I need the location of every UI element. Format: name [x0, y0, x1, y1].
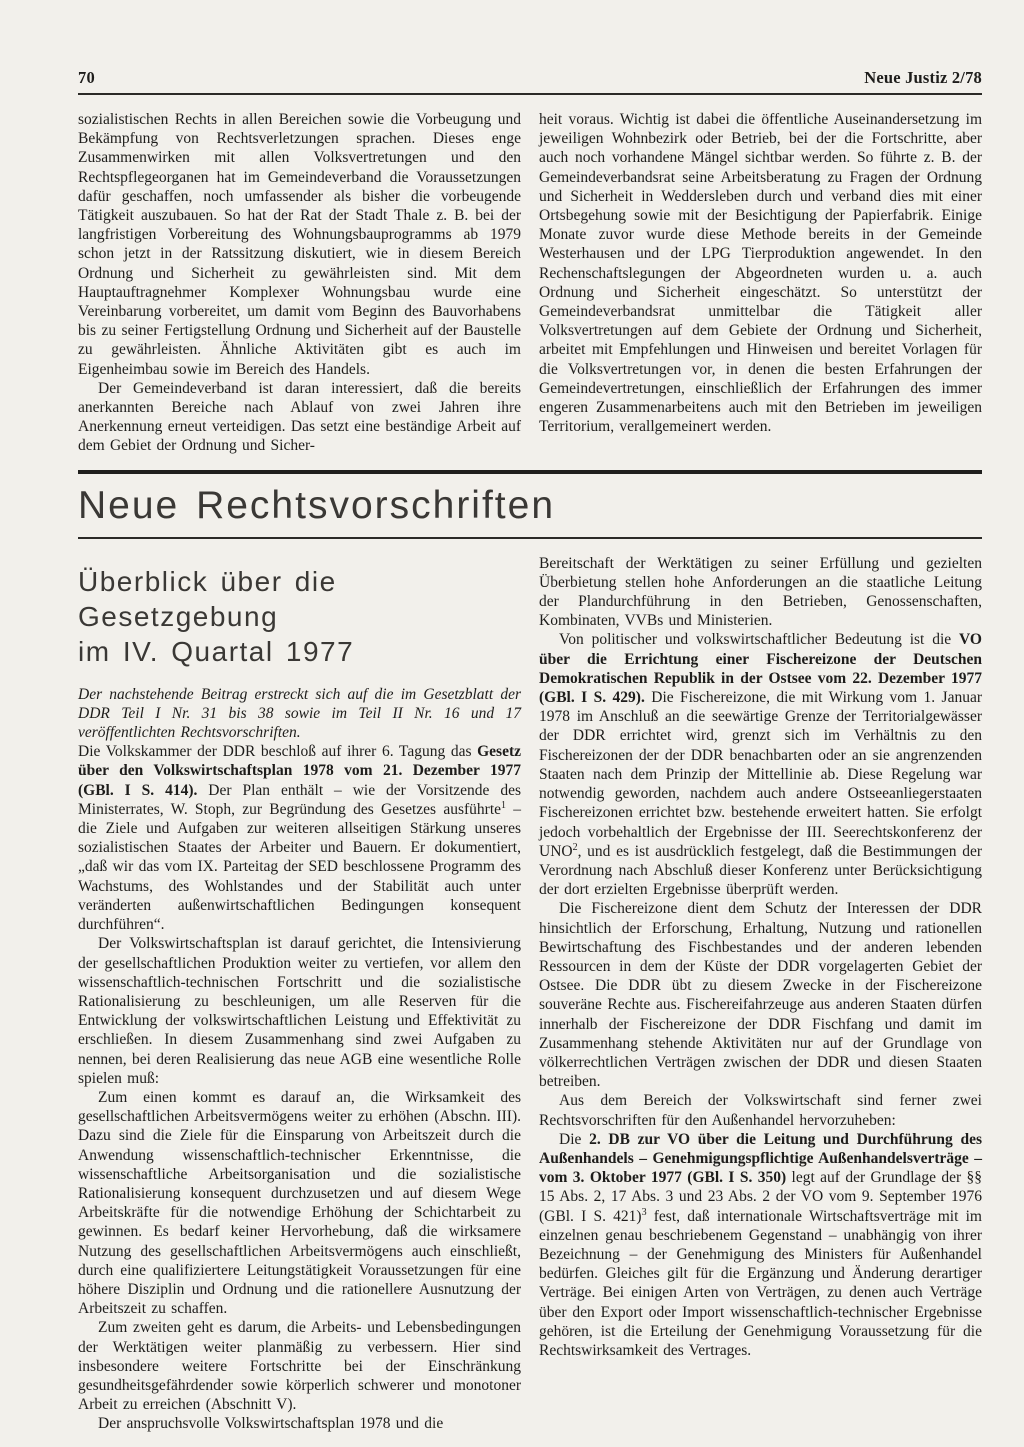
law-overview-article: Überblick über die Gesetzgebung im IV. Q… [78, 554, 982, 1434]
paragraph: Der Gemeindeverband ist daran interessie… [78, 379, 521, 456]
section-heading: Neue Rechtsvorschriften [78, 483, 982, 529]
paragraph: Die Volkskammer der DDR beschloß auf ihr… [78, 742, 521, 934]
running-head: 70 Neue Justiz 2/78 [78, 68, 982, 95]
paragraph: Der Volkswirtschaftsplan ist darauf geri… [78, 934, 521, 1088]
article-title-line1: Überblick über die Gesetzgebung [78, 564, 521, 634]
paragraph: Zum zweiten geht es darum, die Arbeits- … [78, 1318, 521, 1414]
paragraph: heit voraus. Wichtig ist dabei die öffen… [539, 110, 982, 436]
section-rule-top [78, 470, 982, 474]
journal-title: Neue Justiz 2/78 [864, 68, 982, 88]
article-right-column: Bereitschaft der Werktätigen zu seiner E… [539, 554, 982, 1434]
article-title-line2: im IV. Quartal 1977 [78, 634, 521, 669]
article-left-paragraphs: Der nachstehende Beitrag erstreckt sich … [78, 685, 521, 1434]
paragraph: Der nachstehende Beitrag erstreckt sich … [78, 685, 521, 743]
paragraph: Von politischer und volkswirtschaftliche… [539, 630, 982, 899]
paragraph: Die 2. DB zur VO über die Leitung und Du… [539, 1130, 982, 1360]
paragraph: Aus dem Bereich der Volkswirtschaft sind… [539, 1091, 982, 1129]
top-left-column: sozialistischen Rechts in allen Bereiche… [78, 110, 521, 456]
top-article: sozialistischen Rechts in allen Bereiche… [78, 110, 982, 456]
paragraph: Die Fischereizone dient dem Schutz der I… [539, 899, 982, 1091]
journal-page: 70 Neue Justiz 2/78 sozialistischen Rech… [0, 0, 1024, 1447]
paragraph: sozialistischen Rechts in allen Bereiche… [78, 110, 521, 379]
page-number: 70 [78, 68, 95, 88]
paragraph: Der anspruchsvolle Volkswirtschaftsplan … [78, 1414, 521, 1433]
top-right-column: heit voraus. Wichtig ist dabei die öffen… [539, 110, 982, 456]
article-left-column: Überblick über die Gesetzgebung im IV. Q… [78, 554, 521, 1434]
paragraph: Zum einen kommt es darauf an, die Wirksa… [78, 1088, 521, 1318]
paragraph: Bereitschaft der Werktätigen zu seiner E… [539, 554, 982, 631]
section-rule-bottom [78, 537, 982, 539]
article-title: Überblick über die Gesetzgebung im IV. Q… [78, 564, 521, 669]
